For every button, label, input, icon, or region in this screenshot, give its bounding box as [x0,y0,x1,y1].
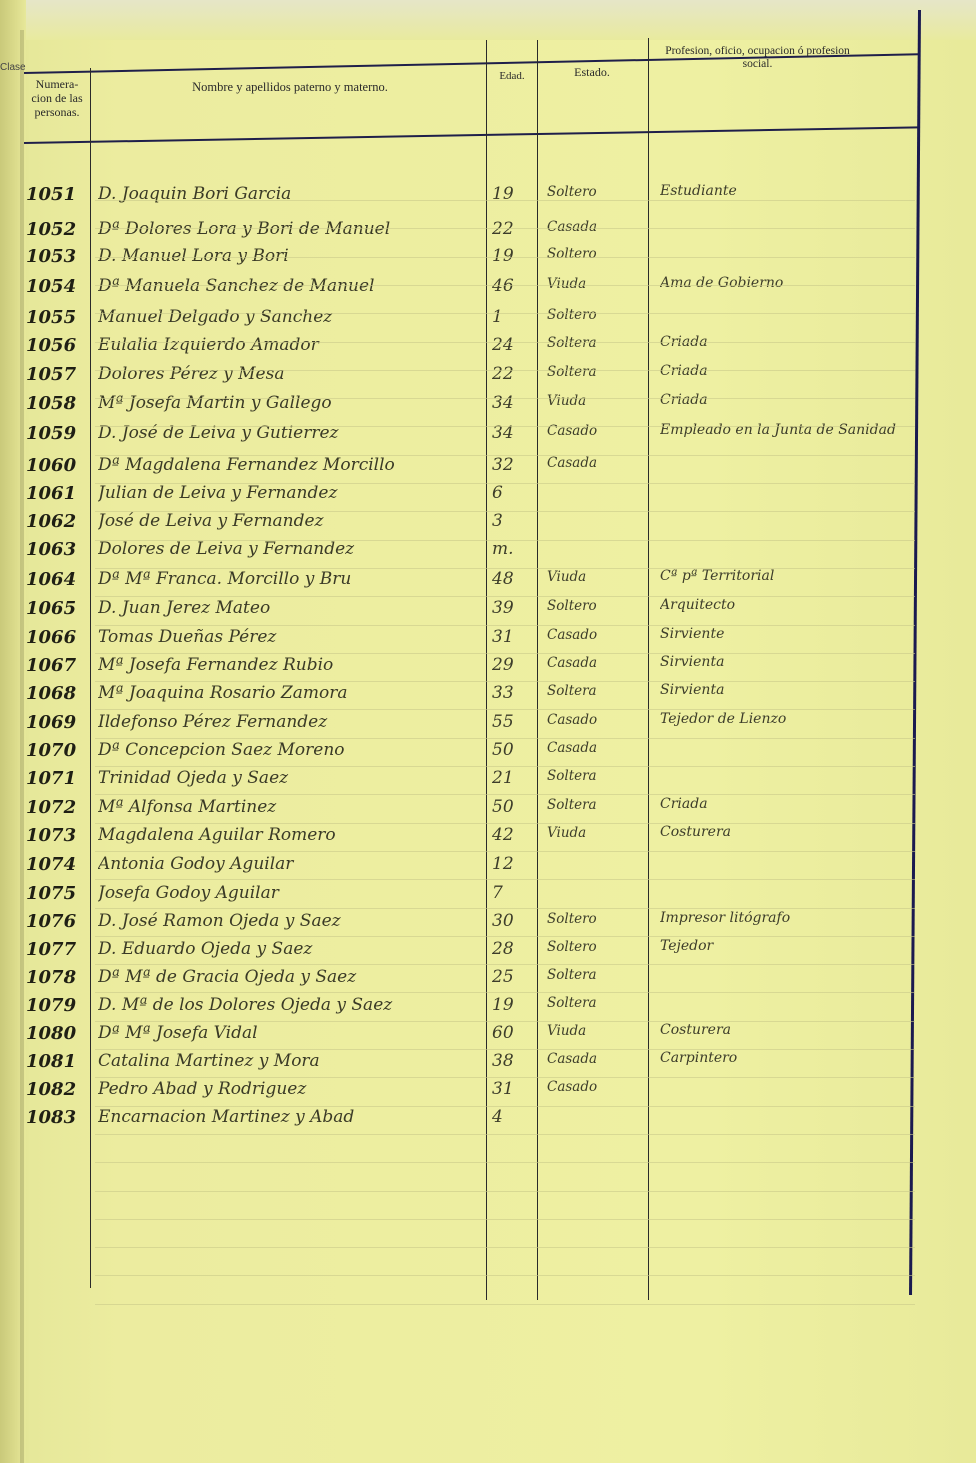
entry-name: Antonia Godoy Aguilar [98,854,486,874]
entry-profession: Tejedor [660,939,900,953]
entry-number: 1080 [26,1023,90,1044]
entry-number: 1064 [26,569,90,590]
ruled-line [95,596,915,597]
entry-number: 1067 [26,655,90,676]
ruled-line [95,228,915,229]
entry-name: Julian de Leiva y Fernandez [98,483,486,503]
entry-number: 1068 [26,683,90,704]
ruled-line [95,511,915,512]
entry-name: Dolores Pérez y Mesa [98,364,486,384]
entry-number: 1052 [26,219,90,240]
entry-marital-state: Soltera [547,797,647,813]
entry-name: Manuel Delgado y Sanchez [98,307,486,327]
ruled-line [95,1247,915,1248]
entry-age: 4 [492,1107,536,1127]
entry-name: Mª Joaquina Rosario Zamora [98,683,486,703]
entry-age: 6 [492,483,536,503]
entry-number: 1051 [26,184,90,205]
entry-number: 1061 [26,483,90,504]
entry-number: 1063 [26,539,90,560]
entry-profession: Ama de Gobierno [660,276,900,290]
register-row: 1061Julian de Leiva y Fernandez6 [0,483,976,509]
entry-name: Mª Josefa Martin y Gallego [98,393,486,413]
entry-number: 1071 [26,768,90,789]
entry-marital-state: Soltero [547,184,647,200]
entry-number: 1083 [26,1107,90,1128]
register-row: 1052Dª Dolores Lora y Bori de Manuel22Ca… [0,219,976,245]
entry-age: 50 [492,797,536,817]
register-row: 1069Ildefonso Pérez Fernandez55CasadoTej… [0,712,976,738]
ruled-line [95,908,915,909]
entry-age: 39 [492,598,536,618]
entry-number: 1076 [26,911,90,932]
entry-name: Dª Mª Josefa Vidal [98,1023,486,1043]
register-row: 1073Magdalena Aguilar Romero42ViudaCostu… [0,825,976,851]
ruled-line [95,1106,915,1107]
entry-number: 1062 [26,511,90,532]
entry-age: 28 [492,939,536,959]
entry-name: D. Juan Jerez Mateo [98,598,486,618]
page-top-shadow [0,0,976,40]
register-row: 1077D. Eduardo Ojeda y Saez28SolteroTeje… [0,939,976,965]
entry-number: 1074 [26,854,90,875]
entry-name: D. Mª de los Dolores Ojeda y Saez [98,995,486,1015]
register-row: 1079D. Mª de los Dolores Ojeda y Saez19S… [0,995,976,1021]
register-row: 1055Manuel Delgado y Sanchez1Soltero [0,307,976,333]
entry-age: 21 [492,768,536,788]
entry-number: 1069 [26,712,90,733]
header-state: Estado. [537,66,647,80]
entry-number: 1059 [26,423,90,444]
entry-name: Dolores de Leiva y Fernandez [98,539,486,559]
entry-number: 1060 [26,455,90,476]
ruled-line [95,766,915,767]
header-bottom-line [24,126,919,144]
entry-name: Catalina Martinez y Mora [98,1051,486,1071]
entry-name: D. José Ramon Ojeda y Saez [98,911,486,931]
entry-number: 1078 [26,967,90,988]
entry-marital-state: Casado [547,627,647,643]
header-number: Numera- cion de las personas. [24,78,90,119]
header-name: Nombre y apellidos paterno y materno. [95,80,485,94]
entry-age: 34 [492,393,536,413]
entry-marital-state: Soltero [547,307,647,323]
ruled-line [95,1191,915,1192]
entry-marital-state: Soltera [547,364,647,380]
entry-name: Magdalena Aguilar Romero [98,825,486,845]
ruled-line [95,257,915,258]
ruled-line [95,313,915,314]
entry-age: 25 [492,967,536,987]
entry-age: m. [492,539,536,559]
entry-profession: Arquitecto [660,598,900,612]
entry-age: 7 [492,883,536,903]
register-row: 1070Dª Concepcion Saez Moreno50Casada [0,740,976,766]
entry-age: 31 [492,1079,536,1099]
ruled-line [95,851,915,852]
entry-number: 1081 [26,1051,90,1072]
entry-marital-state: Soltera [547,683,647,699]
ruled-line [95,285,915,286]
entry-number: 1075 [26,883,90,904]
register-row: 1066Tomas Dueñas Pérez31CasadoSirviente [0,627,976,653]
register-row: 1076D. José Ramon Ojeda y Saez30SolteroI… [0,911,976,937]
entry-number: 1055 [26,307,90,328]
entry-marital-state: Soltera [547,335,647,351]
register-row: 1058Mª Josefa Martin y Gallego34ViudaCri… [0,393,976,419]
register-row: 1062José de Leiva y Fernandez3 [0,511,976,537]
ruled-line [95,738,915,739]
ruled-line [95,794,915,795]
ruled-line [95,625,915,626]
entry-number: 1066 [26,627,90,648]
register-row: 1065D. Juan Jerez Mateo39SolteroArquitec… [0,598,976,624]
entry-marital-state: Viuda [547,825,647,841]
ruled-line [95,992,915,993]
entry-profession: Carpintero [660,1051,900,1065]
entry-number: 1073 [26,825,90,846]
entry-name: Trinidad Ojeda y Saez [98,768,486,788]
entry-marital-state: Viuda [547,393,647,409]
entry-marital-state: Casada [547,219,647,235]
ruled-line [95,1077,915,1078]
ruled-line [95,370,915,371]
entry-age: 30 [492,911,536,931]
entry-name: Dª Concepcion Saez Moreno [98,740,486,760]
entry-marital-state: Soltera [547,768,647,784]
entry-name: Ildefonso Pérez Fernandez [98,712,486,732]
register-row: 1083Encarnacion Martinez y Abad4 [0,1107,976,1133]
entry-profession: Costurera [660,1023,900,1037]
register-row: 1075Josefa Godoy Aguilar7 [0,883,976,909]
header-profession: Profesion, oficio, ocupacion ó profesion… [650,45,865,71]
ruled-line [95,455,915,456]
entry-number: 1056 [26,335,90,356]
ruled-line [95,879,915,880]
register-row: 1078Dª Mª de Gracia Ojeda y Saez25Solter… [0,967,976,993]
ruled-line [95,709,915,710]
entry-name: Mª Alfonsa Martinez [98,797,486,817]
ruled-line [95,540,915,541]
ruled-line [95,398,915,399]
entry-marital-state: Viuda [547,569,647,585]
ruled-line [95,1219,915,1220]
entry-number: 1082 [26,1079,90,1100]
entry-number: 1070 [26,740,90,761]
entry-age: 38 [492,1051,536,1071]
ruled-line [95,1134,915,1135]
ruled-line [95,1304,915,1305]
entry-number: 1057 [26,364,90,385]
ruled-line [95,1021,915,1022]
entry-number: 1072 [26,797,90,818]
entry-name: Dª Mª de Gracia Ojeda y Saez [98,967,486,987]
entry-age: 33 [492,683,536,703]
entry-marital-state: Casada [547,1051,647,1067]
entry-age: 60 [492,1023,536,1043]
entry-marital-state: Casado [547,1079,647,1095]
ruled-line [95,653,915,654]
entry-age: 3 [492,511,536,531]
register-row: 1068Mª Joaquina Rosario Zamora33SolteraS… [0,683,976,709]
register-row: 1056Eulalia Izquierdo Amador24SolteraCri… [0,335,976,361]
ruled-line [95,1275,915,1276]
entry-profession: Estudiante [660,184,900,198]
entry-marital-state: Viuda [547,1023,647,1039]
register-row: 1054Dª Manuela Sanchez de Manuel46ViudaA… [0,276,976,302]
ruled-line [95,964,915,965]
entry-number: 1079 [26,995,90,1016]
register-row: 1060Dª Magdalena Fernandez Morcillo32Cas… [0,455,976,481]
ruled-line [95,936,915,937]
register-row: 1072Mª Alfonsa Martinez50SolteraCriada [0,797,976,823]
entry-marital-state: Casada [547,740,647,756]
entry-number: 1053 [26,246,90,267]
entry-name: D. Eduardo Ojeda y Saez [98,939,486,959]
entry-marital-state: Soltero [547,598,647,614]
entry-number: 1054 [26,276,90,297]
entry-marital-state: Casado [547,423,647,439]
entry-age: 19 [492,184,536,204]
register-row: 1051D. Joaquin Bori Garcia19SolteroEstud… [0,184,976,210]
entry-profession: Empleado en la Junta de Sanidad [660,423,900,437]
ruled-line [95,483,915,484]
entry-age: 19 [492,995,536,1015]
entry-age: 55 [492,712,536,732]
entry-age: 32 [492,455,536,475]
entry-name: Mª Josefa Fernandez Rubio [98,655,486,675]
ruled-line [95,342,915,343]
ruled-line [95,200,915,201]
entry-name: Pedro Abad y Rodriguez [98,1079,486,1099]
entry-age: 1 [492,307,536,327]
ruled-line [95,568,915,569]
entry-name: Dª Mª Franca. Morcillo y Bru [98,569,486,589]
register-row: 1080Dª Mª Josefa Vidal60ViudaCosturera [0,1023,976,1049]
entry-profession: Cª pª Territorial [660,569,900,583]
entry-marital-state: Soltera [547,967,647,983]
entry-number: 1065 [26,598,90,619]
entry-name: Dª Magdalena Fernandez Morcillo [98,455,486,475]
entry-profession: Criada [660,393,900,407]
register-row: 1063Dolores de Leiva y Fernandezm. [0,539,976,565]
register-page: Clase Numera- cion de las personas. Nomb… [0,0,976,1463]
entry-age: 42 [492,825,536,845]
entry-name: D. Joaquin Bori Garcia [98,184,486,204]
entry-name: Josefa Godoy Aguilar [98,883,486,903]
entry-age: 24 [492,335,536,355]
entry-marital-state: Soltero [547,246,647,262]
ruled-line [95,823,915,824]
ruled-line [95,426,915,427]
entry-name: Eulalia Izquierdo Amador [98,335,486,355]
entry-age: 12 [492,854,536,874]
register-row: 1053D. Manuel Lora y Bori19Soltero [0,246,976,272]
entry-age: 29 [492,655,536,675]
ruled-line [95,681,915,682]
entry-profession: Criada [660,364,900,378]
entry-number: 1058 [26,393,90,414]
entry-profession: Sirvienta [660,655,900,669]
header-age: Edad. [487,70,537,83]
entry-profession: Impresor litógrafo [660,911,900,925]
register-row: 1074Antonia Godoy Aguilar12 [0,854,976,880]
register-row: 1064Dª Mª Franca. Morcillo y Bru48ViudaC… [0,569,976,595]
ruled-line [95,1162,915,1163]
entry-profession: Criada [660,797,900,811]
entry-number: 1077 [26,939,90,960]
entry-name: Encarnacion Martinez y Abad [98,1107,486,1127]
entry-marital-state: Casada [547,455,647,471]
entry-name: Tomas Dueñas Pérez [98,627,486,647]
entry-name: José de Leiva y Fernandez [98,511,486,531]
register-row: 1067Mª Josefa Fernandez Rubio29CasadaSir… [0,655,976,681]
register-row: 1071Trinidad Ojeda y Saez21Soltera [0,768,976,794]
entry-age: 48 [492,569,536,589]
entry-marital-state: Casada [547,655,647,671]
entry-name: Dª Manuela Sanchez de Manuel [98,276,486,296]
entry-profession: Sirviente [660,627,900,641]
register-row: 1082Pedro Abad y Rodriguez31Casado [0,1079,976,1105]
entry-profession: Sirvienta [660,683,900,697]
entry-age: 22 [492,364,536,384]
entry-marital-state: Soltero [547,911,647,927]
register-row: 1081Catalina Martinez y Mora38CasadaCarp… [0,1051,976,1077]
entry-marital-state: Casado [547,712,647,728]
ruled-line [95,1049,915,1050]
entry-profession: Costurera [660,825,900,839]
entry-marital-state: Soltero [547,939,647,955]
previous-page-margin-text: Clase [0,62,26,73]
entry-age: 50 [492,740,536,760]
entry-marital-state: Soltera [547,995,647,1011]
entry-profession: Tejedor de Lienzo [660,712,900,726]
register-row: 1057Dolores Pérez y Mesa22SolteraCriada [0,364,976,390]
entry-age: 31 [492,627,536,647]
entry-age: 46 [492,276,536,296]
